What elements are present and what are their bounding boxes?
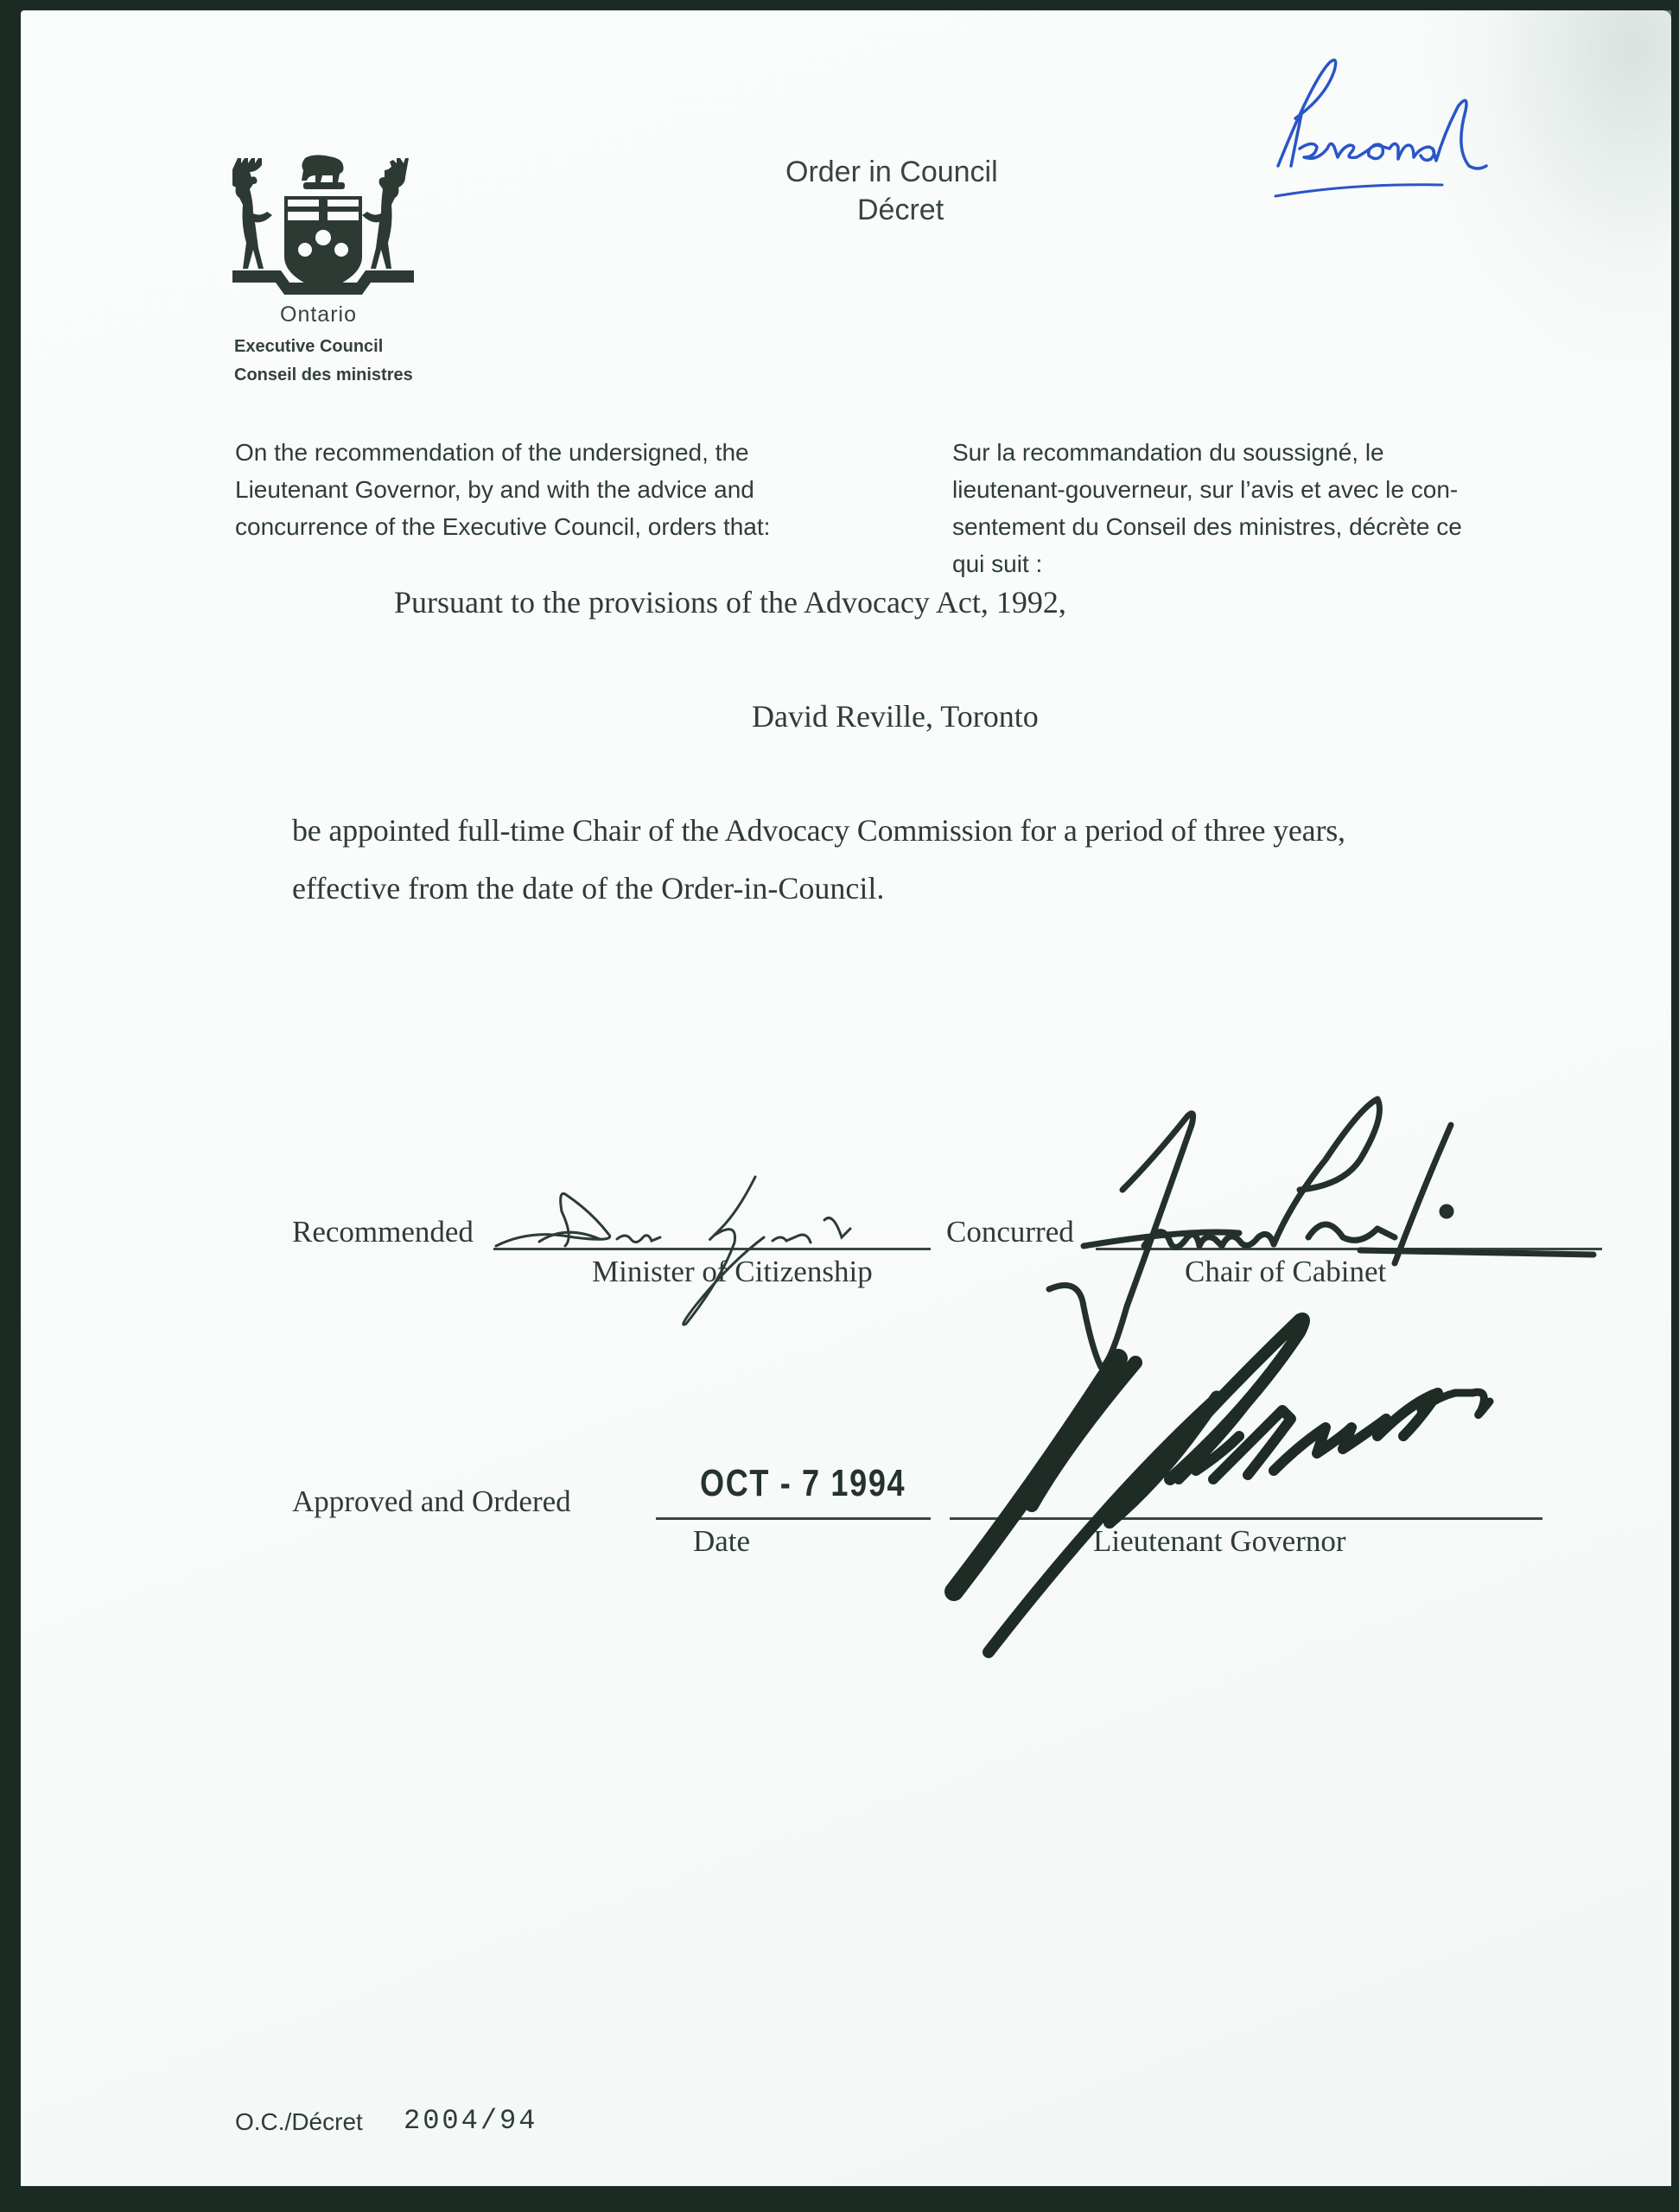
jurisdiction-name: Ontario <box>280 302 357 327</box>
preamble-en: On the recommendation of the undersigned… <box>235 434 874 545</box>
oc-number: 2004/94 <box>404 2105 537 2137</box>
conseil-des-ministres-label: Conseil des ministres <box>234 365 413 385</box>
preamble-fr-line: sentement du Conseil des ministres, décr… <box>952 508 1557 545</box>
appointment-text-line2: effective from the date of the Order-in-… <box>292 870 884 906</box>
recommended-signature-line <box>493 1248 931 1250</box>
preamble-fr-line: qui suit : <box>952 545 1557 582</box>
recommended-label: Recommended <box>292 1215 474 1249</box>
preamble-fr: Sur la recommandation du soussigné, le l… <box>952 434 1557 582</box>
minister-title: Minister of Citizenship <box>592 1255 873 1289</box>
personal-annotation: Personal <box>1248 36 1524 200</box>
preamble-en-line: On the recommendation of the undersigned… <box>235 434 874 471</box>
preamble-fr-line: Sur la recommandation du soussigné, le <box>952 434 1557 471</box>
lieutenant-governor-title: Lieutenant Governor <box>1093 1524 1346 1559</box>
preamble-fr-line: lieutenant-gouverneur, sur l’avis et ave… <box>952 471 1557 508</box>
executive-council-label: Executive Council <box>234 337 383 357</box>
chair-signature <box>1014 1090 1619 1393</box>
document-title-en: Order in Council <box>785 156 998 189</box>
document-title-fr: Décret <box>857 194 944 227</box>
concurred-label: Concurred <box>946 1215 1074 1249</box>
preamble-en-line: concurrence of the Executive Council, or… <box>235 508 874 545</box>
date-label: Date <box>693 1524 750 1559</box>
lieutenant-governor-signature-line <box>950 1517 1542 1520</box>
document-page: Ontario Executive Council Conseil des mi… <box>21 10 1671 2186</box>
concurred-signature-line <box>1096 1248 1602 1250</box>
appointment-text-line1: be appointed full-time Chair of the Advo… <box>292 812 1345 849</box>
date-signature-line <box>656 1517 931 1520</box>
appointee-name: David Reville, Toronto <box>752 698 1039 734</box>
approved-and-ordered-label: Approved and Ordered <box>292 1484 571 1519</box>
chair-of-cabinet-title: Chair of Cabinet <box>1185 1255 1386 1289</box>
minister-signature <box>479 1160 928 1332</box>
approval-date-stamp: OCT - 7 1994 <box>700 1462 906 1505</box>
pursuant-clause: Pursuant to the provisions of the Advoca… <box>394 584 1066 620</box>
oc-label: O.C./Décret <box>235 2108 363 2136</box>
ontario-coat-of-arms-icon <box>232 151 414 302</box>
lieutenant-governor-signature <box>937 1306 1628 1669</box>
preamble-en-line: Lieutenant Governor, by and with the adv… <box>235 471 874 508</box>
